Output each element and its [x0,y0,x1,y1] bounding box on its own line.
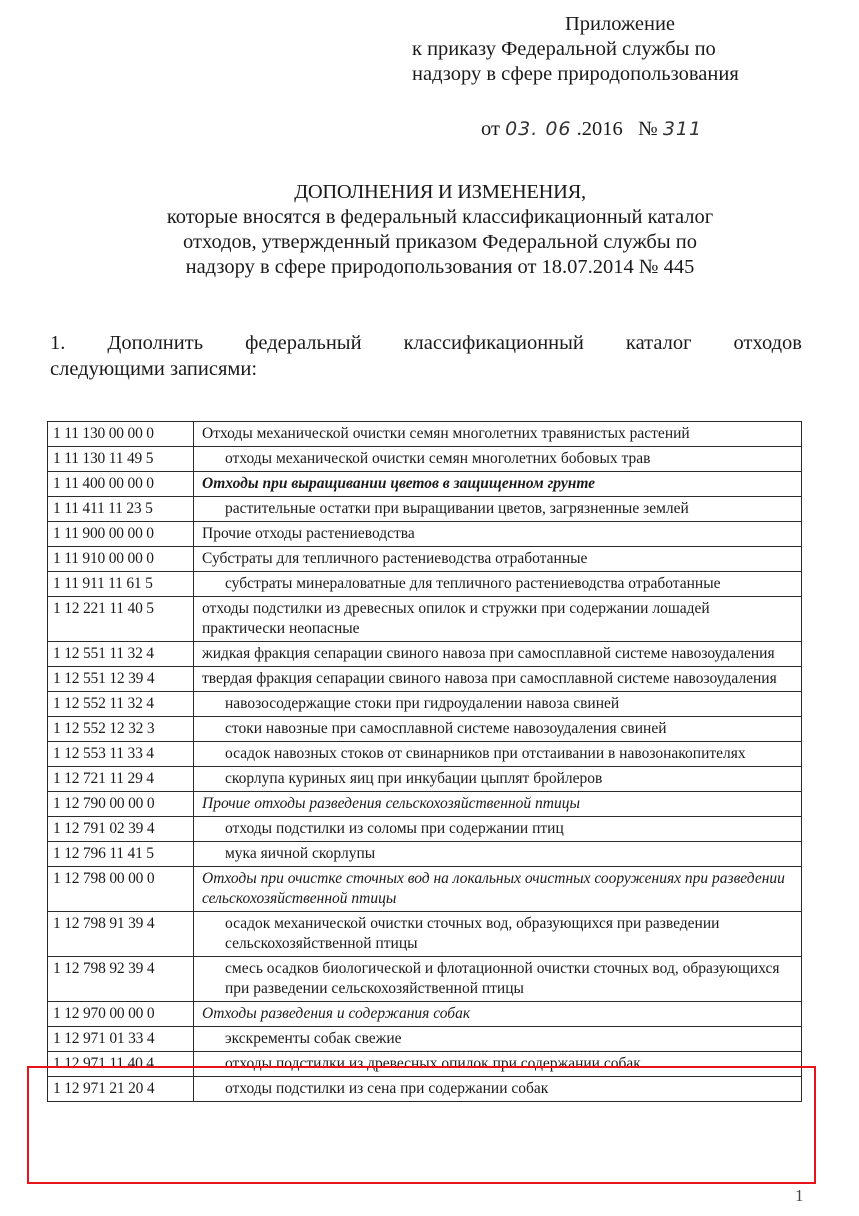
waste-code: 1 11 130 11 49 5 [48,447,194,472]
waste-name: навозосодержащие стоки при гидроудалении… [194,692,802,717]
waste-name: смесь осадков биологической и флотационн… [194,957,802,1002]
table-row: 1 11 910 00 00 0Субстраты для тепличного… [48,547,802,572]
table-row: 1 12 221 11 40 5отходы подстилки из древ… [48,597,802,642]
paragraph-word: 1. [50,330,65,356]
table-row: 1 12 790 00 00 0Прочие отходы разведения… [48,792,802,817]
order-day-month: 03. 06 [505,118,571,140]
order-year: .2016 [577,118,623,140]
table-row: 1 12 796 11 41 5мука яичной скорлупы [48,842,802,867]
waste-code: 1 11 900 00 00 0 [48,522,194,547]
waste-code: 1 12 553 11 33 4 [48,742,194,767]
title-sub-1: которые вносятся в федеральный классифик… [60,205,820,230]
waste-name: Отходы при выращивании цветов в защищенн… [194,472,802,497]
order-prefix: от [481,118,500,140]
table-row: 1 11 900 00 00 0Прочие отходы растениево… [48,522,802,547]
waste-code: 1 12 551 11 32 4 [48,642,194,667]
table-row: 1 12 721 11 29 4скорлупа куриных яиц при… [48,767,802,792]
waste-code: 1 12 221 11 40 5 [48,597,194,642]
waste-name: субстраты минераловатные для тепличного … [194,572,802,597]
table-row: 1 11 400 00 00 0Отходы при выращивании ц… [48,472,802,497]
waste-name: Отходы при очистке сточных вод на локаль… [194,867,802,912]
title-sub-3: надзору в сфере природопользования от 18… [60,255,820,280]
waste-name: твердая фракция сепарации свиного навоза… [194,667,802,692]
paragraph-first-line: 1.Дополнитьфедеральныйклассификационныйк… [50,330,802,356]
table-row: 1 12 553 11 33 4осадок навозных стоков о… [48,742,802,767]
waste-code: 1 12 971 11 40 4 [48,1052,194,1077]
title-sub-2: отходов, утвержденный приказом Федеральн… [60,230,820,255]
paragraph-second-line: следующими записями: [50,356,802,382]
paragraph-1: 1.Дополнитьфедеральныйклассификационныйк… [50,330,802,382]
waste-code: 1 11 130 00 00 0 [48,422,194,447]
page-number: 1 [795,1186,804,1206]
appendix-line-3: надзору в сфере природопользования [400,62,820,87]
table-row: 1 11 130 00 00 0Отходы механической очис… [48,422,802,447]
waste-code: 1 12 552 11 32 4 [48,692,194,717]
waste-code: 1 12 551 12 39 4 [48,667,194,692]
table-row: 1 12 971 21 20 4отходы подстилки из сена… [48,1077,802,1102]
waste-name: осадок навозных стоков от свинарников пр… [194,742,802,767]
waste-catalog-table: 1 11 130 00 00 0Отходы механической очис… [47,421,802,1102]
waste-name: Субстраты для тепличного растениеводства… [194,547,802,572]
waste-name: Прочие отходы разведения сельскохозяйств… [194,792,802,817]
paragraph-word: отходов [734,330,802,356]
waste-code: 1 12 721 11 29 4 [48,767,194,792]
waste-name: Прочие отходы растениеводства [194,522,802,547]
waste-code: 1 12 552 12 32 3 [48,717,194,742]
order-number: 311 [663,118,702,140]
table-row: 1 12 970 00 00 0Отходы разведения и соде… [48,1002,802,1027]
table-row: 1 12 798 00 00 0Отходы при очистке сточн… [48,867,802,912]
waste-code: 1 12 790 00 00 0 [48,792,194,817]
waste-code: 1 12 970 00 00 0 [48,1002,194,1027]
waste-name: скорлупа куриных яиц при инкубации цыпля… [194,767,802,792]
table-row: 1 12 551 12 39 4твердая фракция сепараци… [48,667,802,692]
paragraph-word: федеральный [245,330,361,356]
appendix-header: Приложение к приказу Федеральной службы … [400,12,820,87]
waste-code: 1 11 910 00 00 0 [48,547,194,572]
waste-code: 1 12 971 21 20 4 [48,1077,194,1102]
waste-name: отходы механической очистки семян многол… [194,447,802,472]
waste-code: 1 11 400 00 00 0 [48,472,194,497]
waste-code: 1 12 971 01 33 4 [48,1027,194,1052]
table-row: 1 11 130 11 49 5отходы механической очис… [48,447,802,472]
waste-code: 1 11 411 11 23 5 [48,497,194,522]
paragraph-word: каталог [626,330,692,356]
waste-name: Отходы разведения и содержания собак [194,1002,802,1027]
waste-name: отходы подстилки из соломы при содержани… [194,817,802,842]
appendix-line-2: к приказу Федеральной службы по [400,37,820,62]
order-date-number: от 03. 06 .2016 № 311 [481,118,702,141]
waste-name: жидкая фракция сепарации свиного навоза … [194,642,802,667]
table-row: 1 12 552 11 32 4навозосодержащие стоки п… [48,692,802,717]
waste-code: 1 12 798 91 39 4 [48,912,194,957]
table-row: 1 12 552 12 32 3стоки навозные при самос… [48,717,802,742]
appendix-title: Приложение [400,12,820,37]
paragraph-word: Дополнить [107,330,203,356]
waste-name: отходы подстилки из древесных опилок при… [194,1052,802,1077]
title-main: ДОПОЛНЕНИЯ И ИЗМЕНЕНИЯ, [60,180,820,205]
paragraph-word: классификационный [404,330,584,356]
waste-name: стоки навозные при самосплавной системе … [194,717,802,742]
waste-name: отходы подстилки из сена при содержании … [194,1077,802,1102]
waste-code: 1 12 791 02 39 4 [48,817,194,842]
waste-name: мука яичной скорлупы [194,842,802,867]
table-row: 1 12 798 92 39 4смесь осадков биологичес… [48,957,802,1002]
waste-name: Отходы механической очистки семян многол… [194,422,802,447]
waste-code: 1 12 798 92 39 4 [48,957,194,1002]
waste-name: осадок механической очистки сточных вод,… [194,912,802,957]
table-row: 1 12 971 01 33 4экскременты собак свежие [48,1027,802,1052]
order-number-label: № [638,118,658,140]
waste-code: 1 12 796 11 41 5 [48,842,194,867]
waste-code: 1 12 798 00 00 0 [48,867,194,912]
waste-name: экскременты собак свежие [194,1027,802,1052]
table-row: 1 11 411 11 23 5растительные остатки при… [48,497,802,522]
waste-code: 1 11 911 11 61 5 [48,572,194,597]
table-row: 1 11 911 11 61 5субстраты минераловатные… [48,572,802,597]
document-title: ДОПОЛНЕНИЯ И ИЗМЕНЕНИЯ, которые вносятся… [60,180,820,280]
table-row: 1 12 791 02 39 4отходы подстилки из соло… [48,817,802,842]
table-row: 1 12 798 91 39 4осадок механической очис… [48,912,802,957]
waste-name: отходы подстилки из древесных опилок и с… [194,597,802,642]
table-row: 1 12 971 11 40 4отходы подстилки из древ… [48,1052,802,1077]
waste-name: растительные остатки при выращивании цве… [194,497,802,522]
table-row: 1 12 551 11 32 4жидкая фракция сепарации… [48,642,802,667]
